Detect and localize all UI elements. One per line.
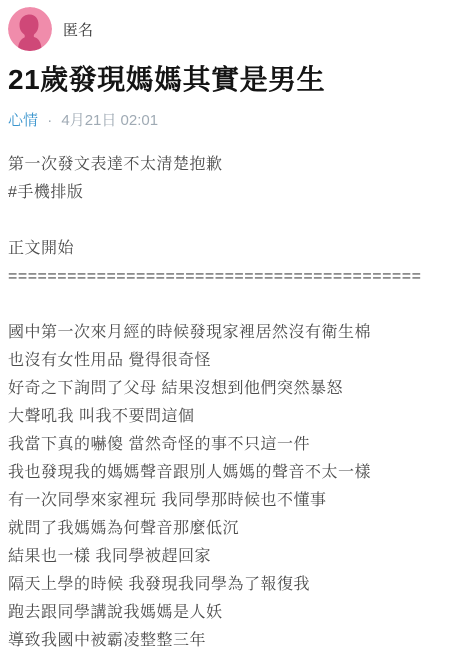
post-meta: 心情 · 4月21日 02:01: [8, 112, 441, 130]
category-link[interactable]: 心情: [8, 112, 38, 129]
post-body-line: [8, 207, 441, 235]
post-body-line: 大聲吼我 叫我不要問這個: [8, 403, 441, 431]
post-body-line: [8, 291, 441, 319]
post-timestamp: 4月21日 02:01: [61, 112, 158, 129]
post-body-line: 導致我國中被霸凌整整三年: [8, 627, 441, 655]
post-body-line: 有一次同學來家裡玩 我同學那時候也不懂事: [8, 487, 441, 515]
author-name: 匿名: [63, 19, 93, 40]
post-title: 21歲發現媽媽其實是男生: [8, 61, 441, 99]
post-body-line: #手機排版: [8, 179, 441, 207]
post-body-line: 結果也一樣 我同學被趕回家: [8, 543, 441, 571]
post-body-line: 我當下真的嚇傻 當然奇怪的事不只這一件: [8, 431, 441, 459]
post-body-line: 我也發現我的媽媽聲音跟別人媽媽的聲音不太一樣: [8, 459, 441, 487]
post-body-line: 隔天上學的時候 我發現我同學為了報復我: [8, 571, 441, 599]
post-body-line: 正文開始: [8, 235, 441, 263]
meta-separator: ·: [47, 112, 52, 129]
post-body-line: 國中第一次來月經的時候發現家裡居然沒有衛生棉: [8, 319, 441, 347]
post-body-line: 跑去跟同學講說我媽媽是人妖: [8, 599, 441, 627]
person-silhouette-icon: [8, 7, 52, 51]
post-body-line: 也沒有女性用品 覺得很奇怪: [8, 347, 441, 375]
post-body-line: ========================================…: [8, 263, 441, 291]
post-page: 匿名 21歲發現媽媽其實是男生 心情 · 4月21日 02:01 第一次發文表達…: [0, 0, 451, 655]
post-body-line: 第一次發文表達不太清楚抱歉: [8, 151, 441, 179]
post-body: 第一次發文表達不太清楚抱歉#手機排版 正文開始=================…: [8, 151, 441, 655]
post-body-line: 就問了我媽媽為何聲音那麼低沉: [8, 515, 441, 543]
author-row: 匿名: [8, 7, 441, 51]
post-body-line: 好奇之下詢問了父母 結果沒想到他們突然暴怒: [8, 375, 441, 403]
anonymous-avatar: [8, 7, 52, 51]
